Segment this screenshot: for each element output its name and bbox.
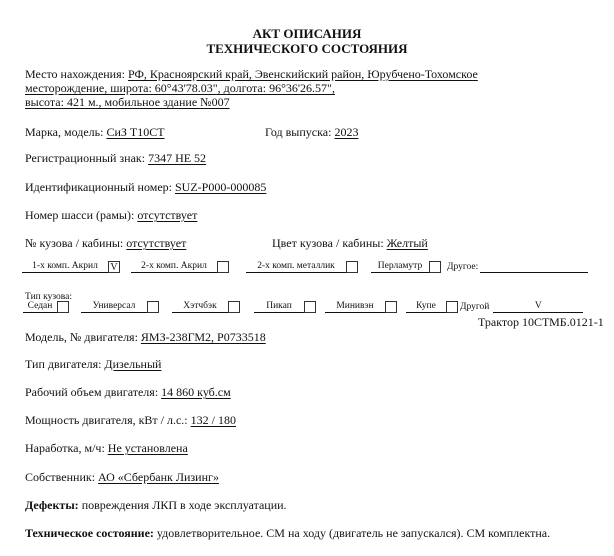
- owner-field: Собственник: АО «Сбербанк Лизинг»: [25, 470, 219, 484]
- body-type-option-wagon: Универсал: [81, 300, 159, 313]
- paint-option-2: 2-х комп. Акрил: [131, 260, 229, 273]
- owner-value: АО «Сбербанк Лизинг»: [98, 470, 219, 484]
- hours-value: Не установлена: [108, 441, 188, 455]
- body-type-option-other: Другой V: [460, 300, 583, 313]
- document-title-line1: АКТ ОПИСАНИЯ: [0, 26, 614, 41]
- body-type-checkbox-sedan[interactable]: [57, 301, 69, 313]
- paint-option-label: Перламутр: [371, 260, 429, 273]
- location-field: Место нахождения: РФ, Красноярский край,…: [25, 67, 478, 81]
- body-number-field: № кузова / кабины: отсутствует: [25, 236, 186, 250]
- body-type-option-pickup: Пикап: [254, 300, 316, 313]
- chassis-field: Номер шасси (рамы): отсутствует: [25, 208, 197, 222]
- engine-type-label: Тип двигателя:: [25, 357, 101, 371]
- body-number-label: № кузова / кабины:: [25, 236, 123, 250]
- hours-field: Наработка, м/ч: Не установлена: [25, 441, 188, 455]
- paint-checkbox-acryl1[interactable]: V: [108, 261, 120, 273]
- paint-checkbox-pearl[interactable]: [429, 261, 441, 273]
- body-type-option-label: Седан: [23, 300, 57, 313]
- engine-model-value: ЯМЗ-238ГМ2, Р0733518: [141, 330, 266, 344]
- defects-label: Дефекты:: [25, 498, 79, 512]
- body-type-option-minivan: Минивэн: [325, 300, 397, 313]
- reg-sign-field: Регистрационный знак: 7347 НЕ 52: [25, 151, 206, 165]
- paint-option-label: 2-х комп. металлик: [246, 260, 346, 273]
- document-title-line2: ТЕХНИЧЕСКОГО СОСТОЯНИЯ: [0, 41, 614, 56]
- body-type-option-label: Минивэн: [325, 300, 385, 313]
- make-model-field: Марка, модель: СиЗ Т10СТ: [25, 125, 165, 139]
- body-number-value: отсутствует: [126, 236, 186, 250]
- paint-options-row: 1-х комп. Акрил V 2-х комп. Акрил 2-х ко…: [0, 260, 614, 274]
- body-type-option-sedan: Седан: [23, 300, 69, 313]
- reg-sign-value: 7347 НЕ 52: [148, 151, 206, 165]
- defects-field: Дефекты: повреждения ЛКП в ходе эксплуат…: [25, 498, 287, 512]
- displacement-value: 14 860 куб.см: [161, 385, 231, 399]
- location-value-line3: высота: 421 м., мобильное здание №007: [25, 95, 230, 109]
- power-value: 132 / 180: [191, 413, 236, 427]
- body-type-other-mark[interactable]: V: [493, 300, 583, 313]
- location-value-line2: месторождение, широта: 60°43'78.03", дол…: [25, 81, 335, 95]
- power-label: Мощность двигателя, кВт / л.с.:: [25, 413, 188, 427]
- hours-label: Наработка, м/ч:: [25, 441, 105, 455]
- paint-other-input[interactable]: [480, 260, 588, 273]
- body-type-checkbox-hatchback[interactable]: [228, 301, 240, 313]
- body-color-value: Желтый: [387, 236, 428, 250]
- condition-label: Техническое состояние:: [25, 526, 154, 540]
- vin-field: Идентификационный номер: SUZ-P000-000085: [25, 180, 266, 194]
- paint-other-label: Другое:: [447, 261, 478, 273]
- engine-type-value: Дизельный: [104, 357, 161, 371]
- location-value-line1: РФ, Красноярский край, Эвенскийский райо…: [128, 67, 478, 81]
- engine-type-field: Тип двигателя: Дизельный: [25, 357, 161, 371]
- condition-field: Техническое состояние: удовлетворительно…: [25, 526, 550, 540]
- body-type-option-label: Хэтчбэк: [172, 300, 228, 313]
- body-type-row: Седан Универсал Хэтчбэк Пикап Минивэн Ку…: [0, 300, 614, 314]
- paint-option-1: 1-х комп. Акрил V: [22, 260, 120, 273]
- body-type-other-value: Трактор 10СТМБ.0121-1: [478, 315, 604, 329]
- body-type-checkbox-wagon[interactable]: [147, 301, 159, 313]
- body-type-option-label: Пикап: [254, 300, 304, 313]
- paint-checkbox-metallic[interactable]: [346, 261, 358, 273]
- displacement-field: Рабочий объем двигателя: 14 860 куб.см: [25, 385, 231, 399]
- year-value: 2023: [334, 125, 358, 139]
- paint-option-label: 2-х комп. Акрил: [131, 260, 217, 273]
- reg-sign-label: Регистрационный знак:: [25, 151, 145, 165]
- body-color-field: Цвет кузова / кабины: Желтый: [272, 236, 428, 250]
- defects-value: повреждения ЛКП в ходе эксплуатации.: [82, 498, 287, 512]
- year-field: Год выпуска: 2023: [265, 125, 358, 139]
- body-type-checkbox-pickup[interactable]: [304, 301, 316, 313]
- body-type-checkbox-minivan[interactable]: [385, 301, 397, 313]
- power-field: Мощность двигателя, кВт / л.с.: 132 / 18…: [25, 413, 236, 427]
- chassis-label: Номер шасси (рамы):: [25, 208, 134, 222]
- make-model-label: Марка, модель:: [25, 125, 103, 139]
- displacement-label: Рабочий объем двигателя:: [25, 385, 158, 399]
- paint-option-4: Перламутр: [371, 260, 441, 273]
- engine-model-field: Модель, № двигателя: ЯМЗ-238ГМ2, Р073351…: [25, 330, 266, 344]
- make-model-value: СиЗ Т10СТ: [106, 125, 164, 139]
- paint-option-label: 1-х комп. Акрил: [22, 260, 108, 273]
- body-type-option-hatchback: Хэтчбэк: [172, 300, 240, 313]
- vin-value: SUZ-P000-000085: [175, 180, 266, 194]
- owner-label: Собственник:: [25, 470, 95, 484]
- year-label: Год выпуска:: [265, 125, 331, 139]
- body-color-label: Цвет кузова / кабины:: [272, 236, 384, 250]
- engine-model-label: Модель, № двигателя:: [25, 330, 138, 344]
- body-type-checkbox-coupe[interactable]: [446, 301, 458, 313]
- location-label: Место нахождения:: [25, 67, 125, 81]
- body-type-other-label: Другой: [460, 301, 489, 313]
- vin-label: Идентификационный номер:: [25, 180, 172, 194]
- body-type-option-coupe: Купе: [406, 300, 458, 313]
- chassis-value: отсутствует: [137, 208, 197, 222]
- paint-option-3: 2-х комп. металлик: [246, 260, 358, 273]
- body-type-option-label: Универсал: [81, 300, 147, 313]
- paint-option-other: Другое:: [447, 260, 588, 273]
- body-type-option-label: Купе: [406, 300, 446, 313]
- paint-checkbox-acryl2[interactable]: [217, 261, 229, 273]
- condition-value: удовлетворительное. СМ на ходу (двигател…: [157, 526, 550, 540]
